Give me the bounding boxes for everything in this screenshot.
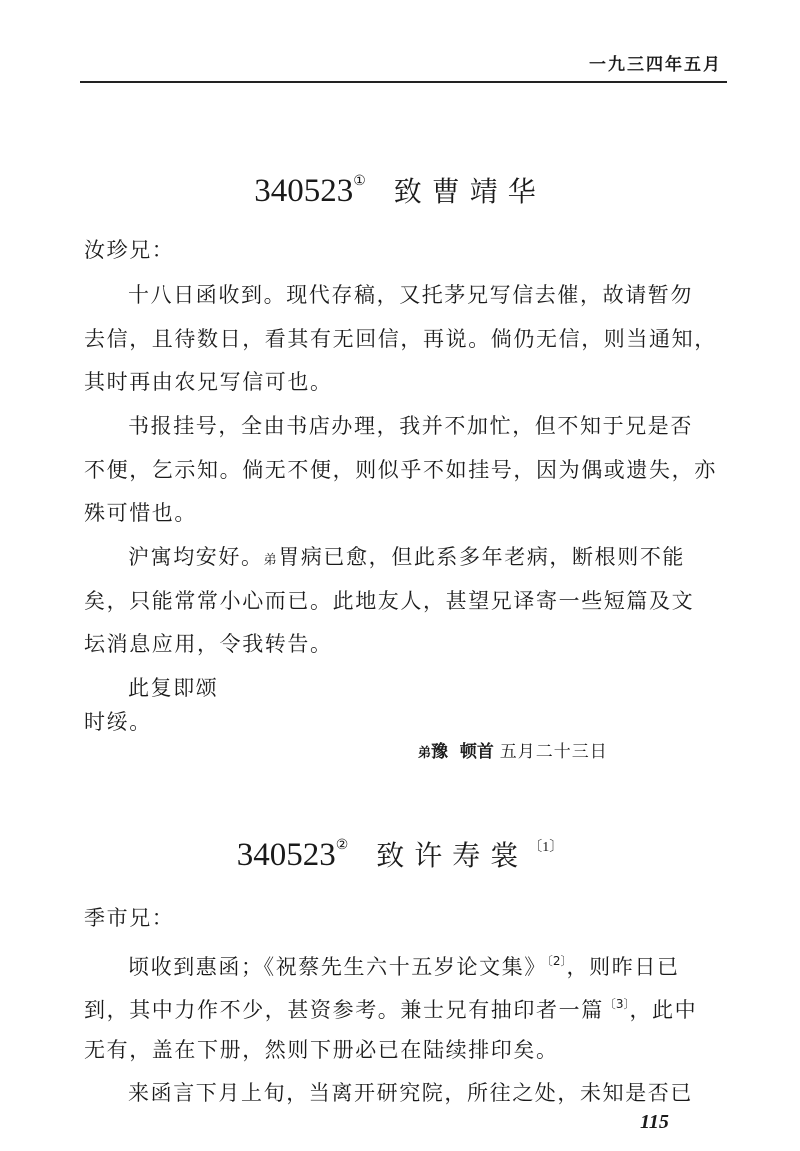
signature-date: 五月二十三日 [500,742,608,762]
text-run: 沪寓均安好。 [128,545,264,569]
paragraph-line: 顷收到惠函；《祝蔡先生六十五岁论文集》〔2〕，则昨日已 [128,955,768,978]
paragraph-line: 到，其中力作不少，甚资参考。兼士兄有抽印者一篇〔3〕，此中 [84,998,724,1021]
salutation: 季市兄： [84,908,724,929]
paragraph-line: 其时再由农兄写信可也。 [84,372,724,393]
closing-line: 时绥。 [84,712,724,733]
letter-2-title: 340523②致许寿裳〔1〕 [0,834,800,874]
header-rule [80,81,727,83]
letter-number: 340523 [237,837,336,873]
humble-di: 弟 [264,553,279,568]
text-run: ，此中 [629,998,697,1022]
letter-recipient: 致曹靖华 [394,175,546,208]
running-head: 一九三四年五月 [589,50,722,75]
salutation: 汝珍兄： [84,240,724,261]
text-run: 到，其中力作不少，甚资参考。兼士兄有抽印者一篇 [84,998,604,1022]
paragraph-line: 来函言下月上旬，当离开研究院，所往之处，未知是否已 [128,1083,768,1104]
signature: 弟豫 顿首 五月二十三日 [418,737,608,762]
paragraph-line: 沪寓均安好。弟胃病已愈，但此系多年老病，断根则不能 [128,547,768,568]
letter-number: 340523 [254,173,353,209]
signature-prefix: 弟 [418,746,431,761]
text-run: 胃病已愈，但此系多年老病，断根则不能 [278,545,685,569]
paragraph-line: 殊可惜也。 [84,503,724,524]
paragraph-line: 书报挂号，全由书店办理，我并不加忙，但不知于兄是否 [128,416,768,437]
paragraph-line: 坛消息应用，令我转告。 [84,634,724,655]
letter-1-title: 340523①致曹靖华 [0,170,800,210]
footnote-ref[interactable]: 〔1〕 [528,840,563,855]
signature-name: 豫 [431,742,448,762]
page-number: 115 [640,1111,669,1134]
signature-salute: 顿首 [460,742,494,762]
closing-line: 此复即颂 [128,678,768,699]
paragraph-line: 无有，盖在下册，然则下册必已在陆续排印矣。 [84,1040,724,1061]
letter-recipient: 致许寿裳 [376,839,528,872]
text-run: ，则昨日已 [567,955,680,979]
paragraph-line: 不便，乞示知。倘无不便，则似乎不如挂号，因为偶或遗失，亦 [84,460,724,481]
paragraph-line: 矣，只能常常小心而已。此地友人，甚望兄译寄一些短篇及文 [84,591,724,612]
paragraph-line: 十八日函收到。现代存稿，又托茅兄写信去催，故请暂勿 [128,285,768,306]
circled-mark: ① [353,173,366,189]
text-run: 顷收到惠函；《祝蔡先生六十五岁论文集》 [128,955,547,979]
footnote-ref[interactable]: 〔3〕 [604,997,630,1011]
paragraph-line: 去信，且待数日，看其有无回信，再说。倘仍无信，则当通知， [84,329,724,350]
footnote-ref[interactable]: 〔2〕 [547,954,567,968]
circled-mark: ② [336,837,349,853]
